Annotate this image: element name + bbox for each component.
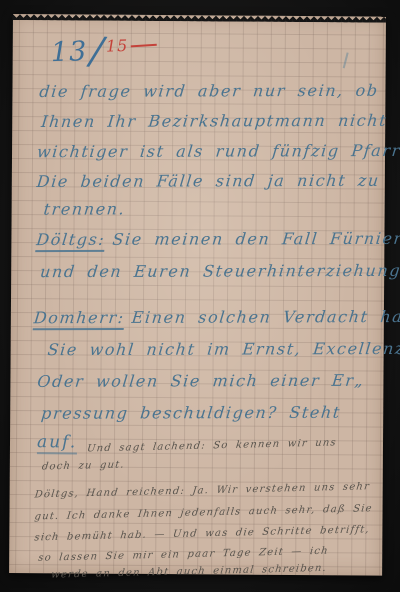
page-number-revision: 15 xyxy=(106,36,129,56)
manuscript-page: 13/15 die frage wird aber nur sein, ob I… xyxy=(9,14,386,576)
line-text: so lassen Sie mir ein paar Tage Zeit — i… xyxy=(38,546,330,564)
line-text: Oder wollen Sie mich einer Er„ xyxy=(36,371,365,391)
line-text: Sie wohl nicht im Ernst, Excellenz? xyxy=(47,339,400,359)
speaker-name: Döltgs: xyxy=(35,230,106,252)
perforated-edge xyxy=(13,13,386,23)
line-text: Und sagt lachend: So kennen wir uns xyxy=(87,437,338,454)
scan-background: 13/15 die frage wird aber nur sein, ob I… xyxy=(0,0,400,592)
stage-direction-word: auf. xyxy=(37,432,77,454)
line-text: sich bemüht hab. — Und was die Schritte … xyxy=(34,524,371,543)
page-number: 13/15 xyxy=(50,23,157,70)
line-text: Döltgs, Hand reichend: Ja. Wir verstehen… xyxy=(34,481,371,500)
line-text: wichtiger ist als rund fünfzig Pfarrer. xyxy=(36,141,400,161)
manuscript-line: doch zu gut. xyxy=(41,459,125,472)
line-text: werde an den Abt auch einmal schreiben. xyxy=(51,563,328,581)
stray-ink-mark xyxy=(343,52,349,68)
manuscript-line: trennen. xyxy=(43,199,127,218)
manuscript-line: Döltgs, Hand reichend: Ja. Wir verstehen… xyxy=(34,481,371,500)
line-text: Die beiden Fälle sind ja nicht zu xyxy=(36,171,381,191)
speaker-name: Domherr: xyxy=(33,308,126,330)
line-text: Sie meinen den Fall Fürnier xyxy=(112,229,400,249)
manuscript-line: so lassen Sie mir ein paar Tage Zeit — i… xyxy=(38,546,330,564)
red-dash xyxy=(130,44,156,48)
line-text: trennen. xyxy=(43,199,127,218)
manuscript-line: Döltgs:Sie meinen den Fall Fürnier xyxy=(35,229,400,249)
page-number-slash: / xyxy=(89,28,106,73)
line-text: doch zu gut. xyxy=(41,459,125,472)
manuscript-line: und den Euren Steuerhinterziehung? xyxy=(39,261,400,281)
manuscript-line: werde an den Abt auch einmal schreiben. xyxy=(51,563,328,581)
page-number-main: 13 xyxy=(50,36,87,68)
manuscript-line: wichtiger ist als rund fünfzig Pfarrer. xyxy=(36,141,400,161)
line-text: und den Euren Steuerhinterziehung? xyxy=(39,261,400,281)
manuscript-line: Sie wohl nicht im Ernst, Excellenz? xyxy=(47,339,400,359)
manuscript-line: gut. Ich danke Ihnen jedenfalls auch seh… xyxy=(34,503,373,522)
manuscript-line: Domherr:Einen solchen Verdacht haben xyxy=(33,307,400,327)
line-text: gut. Ich danke Ihnen jedenfalls auch seh… xyxy=(34,503,373,522)
manuscript-line: auf. Und sagt lachend: So kennen wir uns xyxy=(37,432,337,456)
manuscript-line: Oder wollen Sie mich einer Er„ xyxy=(36,371,365,391)
line-text: die frage wird aber nur sein, ob xyxy=(39,81,380,101)
manuscript-line: sich bemüht hab. — Und was die Schritte … xyxy=(34,524,371,543)
manuscript-line: Die beiden Fälle sind ja nicht zu xyxy=(36,171,381,191)
manuscript-line: Ihnen Ihr Bezirkshauptmann nicht xyxy=(40,111,388,131)
manuscript-line: die frage wird aber nur sein, ob xyxy=(39,81,380,101)
manuscript-line: pressung beschuldigen? Steht xyxy=(40,403,342,423)
line-text: pressung beschuldigen? Steht xyxy=(40,403,342,423)
line-text: Ihnen Ihr Bezirkshauptmann nicht xyxy=(40,111,388,131)
line-text: Einen solchen Verdacht haben xyxy=(131,307,400,327)
